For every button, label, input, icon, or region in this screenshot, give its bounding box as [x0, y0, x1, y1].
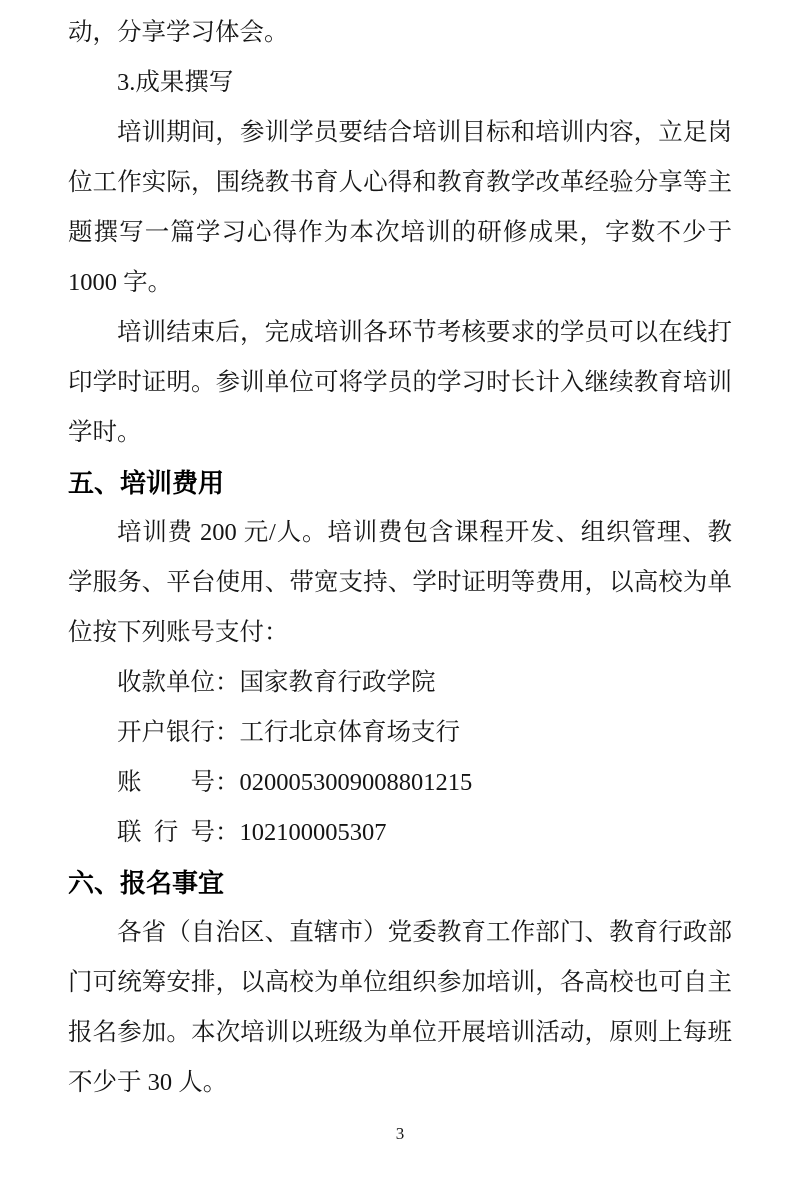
paragraph-certificate-and-credit-hours: 培训结束后，完成培训各环节考核要求的学员可以在线打印学时证明。参训单位可将学员的…	[68, 308, 732, 458]
document-content: 动，分享学习体会。 3.成果撰写 培训期间，参训学员要结合培训目标和培训内容，立…	[68, 8, 732, 1108]
line-opening-bank: 开户银行：工行北京体育场支行	[68, 708, 732, 758]
line-payee-unit: 收款单位：国家教育行政学院	[68, 658, 732, 708]
subheading-achievement-writing: 3.成果撰写	[68, 58, 732, 108]
heading-registration-matters: 六、报名事宜	[68, 858, 732, 908]
line-account-number: 账 号：0200053009008801215	[68, 758, 732, 808]
paragraph-share-learning: 动，分享学习体会。	[68, 8, 732, 58]
page-number: 3	[0, 1122, 800, 1146]
line-bank-branch-code: 联 行 号：102100005307	[68, 808, 732, 858]
paragraph-fee-details: 培训费 200 元/人。培训费包含课程开发、组织管理、教学服务、平台使用、带宽支…	[68, 508, 732, 658]
paragraph-registration-details: 各省（自治区、直辖市）党委教育工作部门、教育行政部门可统筹安排，以高校为单位组织…	[68, 908, 732, 1108]
heading-training-fee: 五、培训费用	[68, 458, 732, 508]
document-page: 动，分享学习体会。 3.成果撰写 培训期间，参训学员要结合培训目标和培训内容，立…	[0, 0, 800, 1187]
paragraph-training-writing-requirements: 培训期间，参训学员要结合培训目标和培训内容，立足岗位工作实际，围绕教书育人心得和…	[68, 108, 732, 308]
